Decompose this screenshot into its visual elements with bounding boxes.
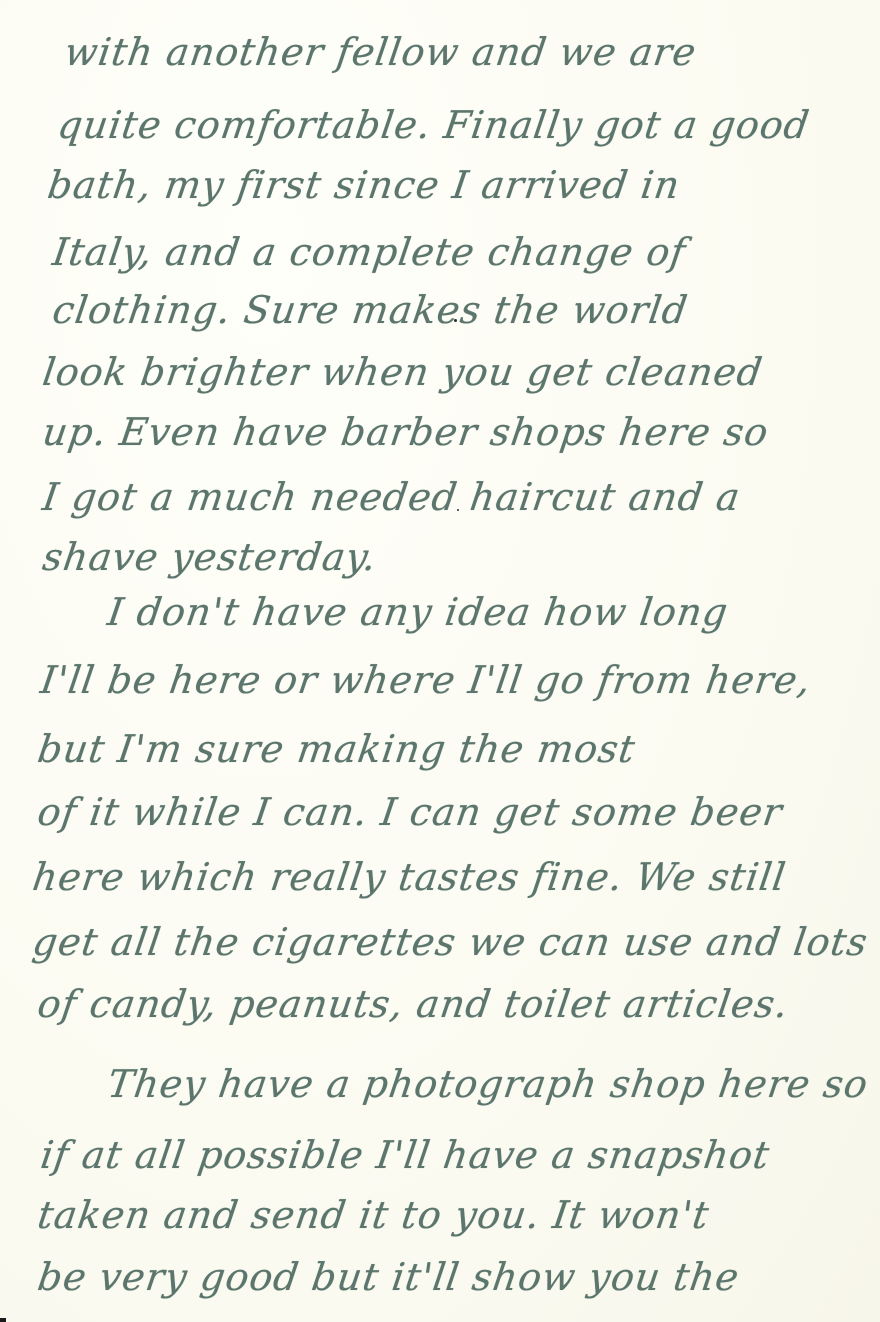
letter-line-2: quite comfortable. Finally got a good	[55, 103, 813, 147]
letter-line-12: but I'm sure making the most	[35, 727, 638, 771]
letter-line-6: look brighter when you get cleaned	[40, 350, 766, 394]
letter-line-20: be very good but it'll show you the	[35, 1255, 742, 1299]
letter-line-3: bath, my first since I arrived in	[45, 163, 683, 207]
letter-page: with another fellow and we are quite com…	[0, 0, 880, 1322]
letter-line-19: taken and send it to you. It won't	[35, 1193, 712, 1237]
letter-line-4: Italy, and a complete change of	[50, 230, 689, 274]
letter-line-15: get all the cigarettes we can use and lo…	[30, 920, 871, 964]
ink-speck	[457, 509, 459, 511]
letter-line-11: I'll be here or where I'll go from here,	[38, 658, 814, 702]
letter-line-8: I got a much needed haircut and a	[40, 475, 743, 519]
letter-line-13: of it while I can. I can get some beer	[35, 790, 785, 834]
letter-line-14: here which really tastes fine. We still	[30, 855, 789, 899]
letter-line-16: of candy, peanuts, and toilet articles.	[35, 982, 791, 1026]
letter-line-1: with another fellow and we are	[62, 30, 699, 74]
letter-line-5: clothing. Sure makes the world	[50, 288, 691, 332]
letter-line-10: I don't have any idea how long	[105, 590, 731, 634]
letter-line-7: up. Even have barber shops here so	[40, 410, 772, 454]
letter-line-18: if at all possible I'll have a snapshot	[38, 1133, 773, 1177]
letter-line-17: They have a photograph shop here so	[105, 1062, 871, 1106]
letter-line-9: shave yesterday.	[40, 535, 380, 579]
ink-speck	[454, 319, 457, 322]
